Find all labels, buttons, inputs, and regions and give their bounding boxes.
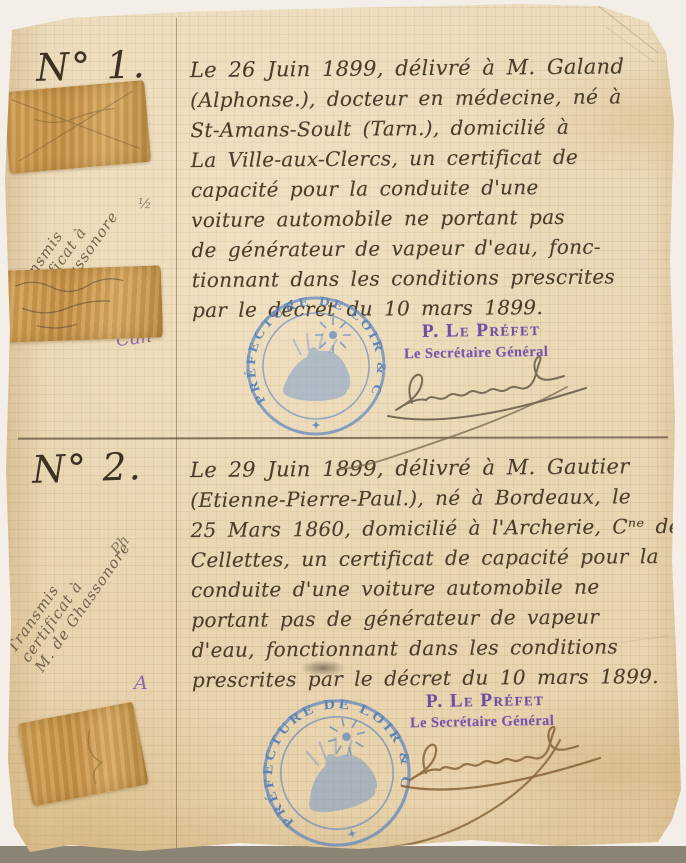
margin-rule [176,18,177,851]
signature-flourish [295,735,570,860]
seal-sunburst [315,317,351,353]
margin-note-line: certificat à [18,530,120,666]
manuscript-line: voiture automobile ne portant pas [191,204,677,238]
tape-patch [17,702,149,807]
manuscript-line: portant pas de générateur de vapeur [191,604,677,638]
corner-crease [596,4,658,53]
register-page-scan: N° 1. Transmis certificat à de Ghassonor… [0,0,686,863]
tape-patch [3,265,163,342]
tape-scribble [3,265,163,342]
manuscript-line: capacité pour la conduite d'une [191,174,677,208]
entry-body-text: Le 26 Juin 1899, délivré à M. Galand (Al… [190,54,678,328]
prefet-stamp-text: P. Le Préfet [426,689,545,713]
manuscript-line: Le 26 Juin 1899, délivré à M. Galand [190,54,676,88]
manuscript-line: La Ville-aux-Clercs, un certificat de [191,144,677,178]
pencil-mark: ½ [138,196,152,212]
prefet-stamp-text: P. Le Préfet [422,319,541,343]
signature-flourish [332,382,572,477]
manuscript-line: conduite d'une voiture automobile ne [191,574,677,608]
manuscript-line: (Alphonse.), docteur en médecine, né à [190,84,676,118]
tape-scribble [3,80,152,174]
manuscript-line: Cellettes, un certificat de capacité pou… [191,544,677,578]
manuscript-line: St-Amans-Soult (Tarn.), domicilié à [190,114,676,148]
tape-scribble [17,702,149,807]
aged-paper-page: N° 1. Transmis certificat à de Ghassonor… [0,0,686,863]
manuscript-line: (Etienne-Pierre-Paul.), né à Bordeaux, l… [190,484,676,518]
ink-smudge [300,660,346,676]
manuscript-line: 25 Mars 1860, domicilié à l'Archerie, Cⁿ… [190,514,676,548]
entry-number: N° 2. [31,444,143,492]
manuscript-line: d'eau, fonctionnant dans les conditions [192,634,678,668]
entry-body-text: Le 29 Juin 1899, délivré à M. Gautier (E… [190,454,678,698]
manuscript-line: de générateur de vapeur d'eau, fonc- [191,234,677,268]
seal-star: ✦ [311,420,320,432]
desk-surface [0,846,686,863]
purple-mark: A [134,672,148,694]
tape-patch [3,80,152,174]
